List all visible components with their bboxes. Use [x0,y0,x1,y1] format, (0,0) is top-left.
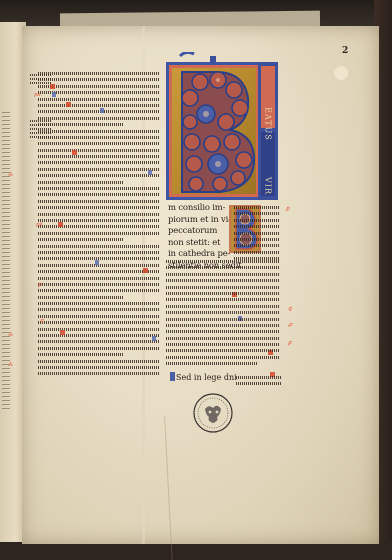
text-line: m consilio im- [168,203,226,215]
right-commentary-column [166,258,280,367]
blue-paragraph-mark [100,108,104,113]
marginal-rubric: ꝗ [40,318,44,324]
blue-paragraph-mark [95,260,99,265]
marginal-rubric: ꝑ [286,206,290,212]
red-paragraph-mark [72,150,77,155]
script-line [236,380,282,386]
blue-paragraph-mark [52,92,56,97]
red-paragraph-mark [50,84,55,89]
parchment-spot [334,66,348,80]
marginal-rubric: ps̄ [36,222,42,228]
red-paragraph-mark [143,268,148,273]
red-paragraph-mark [66,102,71,107]
commentary-beside-initial [234,204,280,262]
folio-number: 2 [342,46,348,56]
left-commentary-column [38,70,160,377]
text-line: non stetit: et [168,238,226,250]
margin-rubric: ⁂ [8,332,13,338]
marginal-rubric: ꝗ [288,306,292,312]
library-stamp-icon [192,392,234,434]
svg-text:EATUS: EATUS [264,107,273,141]
text-line: peccatorum [168,226,226,238]
marginal-gloss [30,118,52,138]
blue-paragraph-mark [152,336,156,341]
marginal-gloss-top [30,72,52,84]
closing-line: Sed in lege dni [170,372,237,382]
closing-commentary [236,374,282,387]
illuminated-initial-b-icon: EATUS VIR [160,52,280,202]
closing-text: Sed in lege dni [176,373,237,382]
text-line: piorum et in via [168,215,226,227]
margin-rubric: ⁂ [8,172,13,178]
blue-paragraph-mark [148,170,152,175]
script-line [38,370,160,376]
marginal-rubric: ps. [34,92,42,98]
marginal-rubric: ꝑ [288,340,292,346]
marginal-rubric: ꝑ [38,282,42,288]
red-paragraph-mark [60,330,65,335]
parchment-crease [164,416,173,560]
script-line [166,360,257,366]
red-paragraph-mark [58,222,63,227]
marginal-rubric: ꝓ [288,322,292,328]
svg-text:VIR: VIR [264,176,273,195]
blue-initial-s [170,372,175,381]
background-bottom [0,542,392,560]
margin-rubric: ⁂ [8,362,13,368]
